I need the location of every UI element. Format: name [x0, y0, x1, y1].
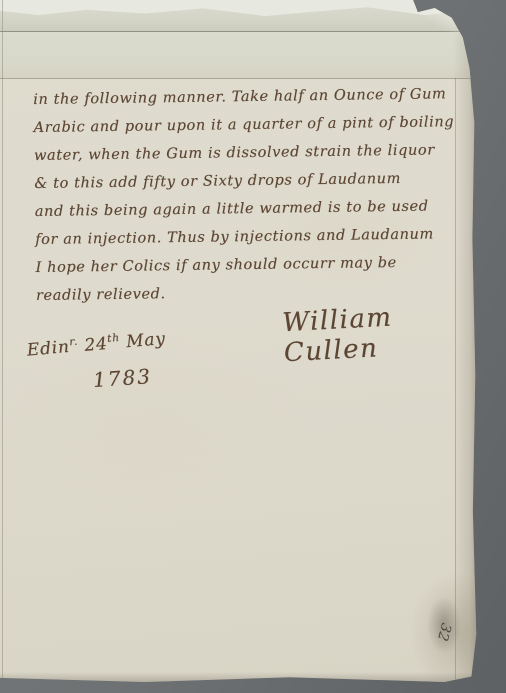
paper-page: in the following manner. Take half an Ou…: [0, 0, 483, 682]
dateline-day-superscript: th: [107, 332, 121, 345]
dateline: Edinr.24thMay: [26, 328, 166, 361]
bottom-edge-shading: [0, 672, 483, 682]
dateline-place: Edin: [26, 337, 70, 361]
dateline-place-superscript: r.: [69, 335, 79, 348]
left-fold-line: [2, 0, 3, 682]
letter-body: in the following manner. Take half an Ou…: [33, 80, 476, 310]
scan-background: in the following manner. Take half an Ou…: [0, 0, 506, 693]
dateline-month: May: [125, 329, 166, 352]
signature: William Cullen: [282, 298, 485, 368]
dateline-day: 24: [84, 334, 109, 356]
dateline-year: 1783: [92, 364, 152, 392]
torn-stub-band-lower: [0, 32, 483, 79]
